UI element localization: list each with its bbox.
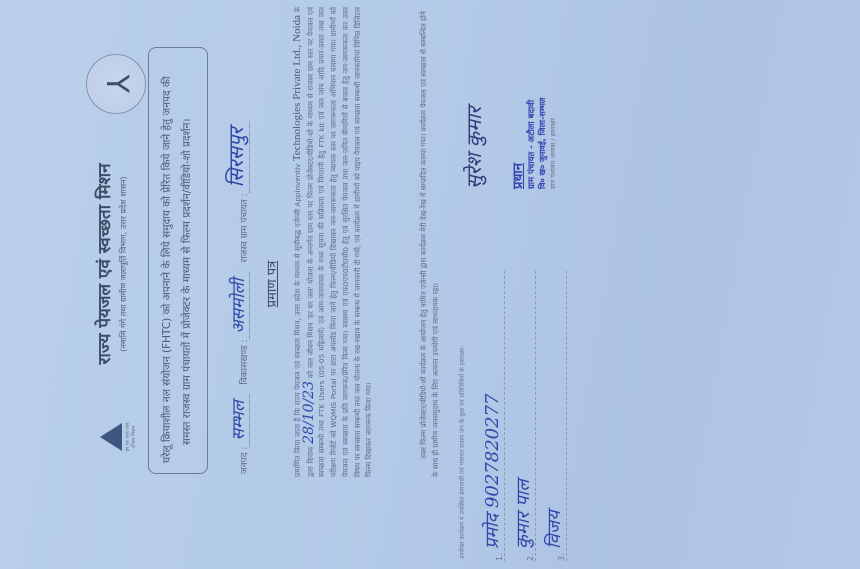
location-fields: जनपद : सम्भल विकासखण्ड : असमोली राजस्व ग… xyxy=(222,14,250,474)
certificate-heading: प्रमाण पत्र xyxy=(262,199,280,369)
certificate-closing-paragraph: उक्त फिल्म प्रोजेक्टर/वीडियो-शो कार्यक्र… xyxy=(418,7,441,477)
pradhan-stamp: प्रधान ग्राम पंचायत - अटौला बदावी वि० ख०… xyxy=(508,9,557,189)
certificate-page: हर घर जल जल जीवन मिशन राज्य पेयजल एवं स्… xyxy=(0,0,860,569)
district-label: जनपद : xyxy=(237,447,250,474)
block-value: असमोली xyxy=(226,272,250,339)
up-govt-emblem-icon: Y xyxy=(86,54,146,114)
event-date: 28/10/23 xyxy=(301,381,317,444)
list-item: 3. विजय xyxy=(538,271,567,561)
document-subtitle: (नमामि गंगे तथा ग्रामीण जलापूर्ति विभाग,… xyxy=(118,119,129,409)
logo-caption: हर घर जल जल जीवन मिशन xyxy=(125,417,137,457)
panchayat-label: राजस्व ग्राम पंचायत : xyxy=(237,193,250,262)
witness-label: उपरोक्त कार्यक्रम में उपस्थित ग्रामवासी … xyxy=(458,279,467,559)
box-line-2: समस्त राजस्व ग्राम पंचायतों में प्रोजेक्… xyxy=(177,58,197,463)
panchayat-value: सिरसपुर xyxy=(222,121,250,193)
block-label: विकासखण्ड : xyxy=(237,339,250,384)
har-ghar-jal-logo: हर घर जल जल जीवन मिशन xyxy=(100,417,140,457)
box-line-1: घरेलू क्रियाशील नल संयोजन (FHTC) को अपना… xyxy=(157,58,177,463)
list-item: 2. कुमार पाल xyxy=(507,271,536,561)
signature-section: उपरोक्त कार्यक्रम में उपस्थित ग्रामवासी … xyxy=(458,0,568,569)
agency-name: Technologies Private Ltd., Noida xyxy=(291,15,303,161)
witness-list: 1. प्रमोद 9027820277 2. कुमार पाल 3. विज… xyxy=(476,271,569,561)
certificate-body-paragraph: प्रमाणित किया जाता है कि राज्य पेयजल एवं… xyxy=(292,7,375,477)
water-drop-icon xyxy=(100,423,122,451)
list-item: 1. प्रमोद 9027820277 xyxy=(476,271,505,561)
program-description-box: घरेलू क्रियाशील नल संयोजन (FHTC) को अपना… xyxy=(148,47,208,474)
district-value: सम्भल xyxy=(226,394,250,446)
document-title: राज्य पेयजल एवं स्वच्छता मिशन xyxy=(92,119,115,409)
pradhan-signature: सुरेश कुमार xyxy=(460,107,487,189)
